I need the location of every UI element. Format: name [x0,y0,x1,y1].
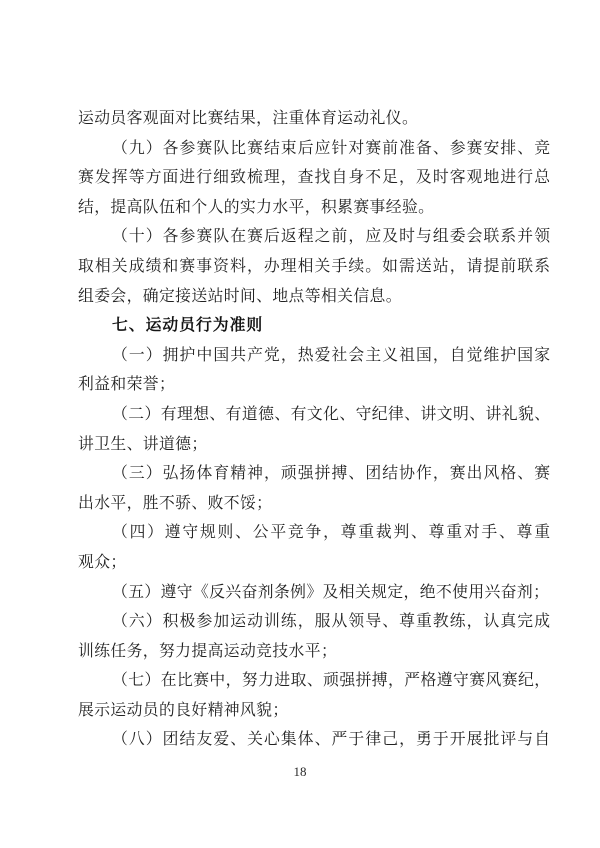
text-line: （五）遵守《反兴奋剂条例》及相关规定，绝不使用兴奋剂； [78,578,550,608]
text-line: 赛发挥等方面进行细致梳理，查找自身不足，及时客观地进行总 [78,163,550,193]
text-line: 观众； [78,548,550,578]
text-line: （一）拥护中国共产党，热爱社会主义祖国，自觉维护国家 [78,341,550,371]
document-page: 运动员客观面对比赛结果，注重体育运动礼仪。（九）各参赛队比赛结束后应针对赛前准备… [0,0,600,848]
text-line: （七）在比赛中，努力进取、顽强拼搏，严格遵守赛风赛纪， [78,666,550,696]
text-line: 运动员客观面对比赛结果，注重体育运动礼仪。 [78,104,550,134]
text-line: 组委会，确定接送站时间、地点等相关信息。 [78,282,550,312]
text-line: 取相关成绩和赛事资料，办理相关手续。如需送站，请提前联系 [78,252,550,282]
text-line: 训练任务，努力提高运动竞技水平； [78,637,550,667]
section-heading: 七、运动员行为准则 [78,311,550,341]
text-line: （二）有理想、有道德、有文化、守纪律、讲文明、讲礼貌、 [78,400,550,430]
text-line: 结，提高队伍和个人的实力水平，积累赛事经验。 [78,193,550,223]
text-line: （十）各参赛队在赛后返程之前，应及时与组委会联系并领 [78,222,550,252]
text-line: （三）弘扬体育精神，顽强拼搏、团结协作，赛出风格、赛 [78,459,550,489]
text-block: 运动员客观面对比赛结果，注重体育运动礼仪。（九）各参赛队比赛结束后应针对赛前准备… [78,104,550,755]
text-line: 出水平，胜不骄、败不馁； [78,489,550,519]
text-line: 讲卫生、讲道德； [78,430,550,460]
text-line: （四）遵守规则、公平竞争，尊重裁判、尊重对手、尊重 [78,518,550,548]
page-number: 18 [0,763,600,781]
text-line: 展示运动员的良好精神风貌； [78,696,550,726]
text-line: （九）各参赛队比赛结束后应针对赛前准备、参赛安排、竞 [78,134,550,164]
text-line: 利益和荣誉； [78,370,550,400]
text-line: （六）积极参加运动训练，服从领导、尊重教练，认真完成 [78,607,550,637]
text-line: （八）团结友爱、关心集体、严于律己，勇于开展批评与自 [78,725,550,755]
